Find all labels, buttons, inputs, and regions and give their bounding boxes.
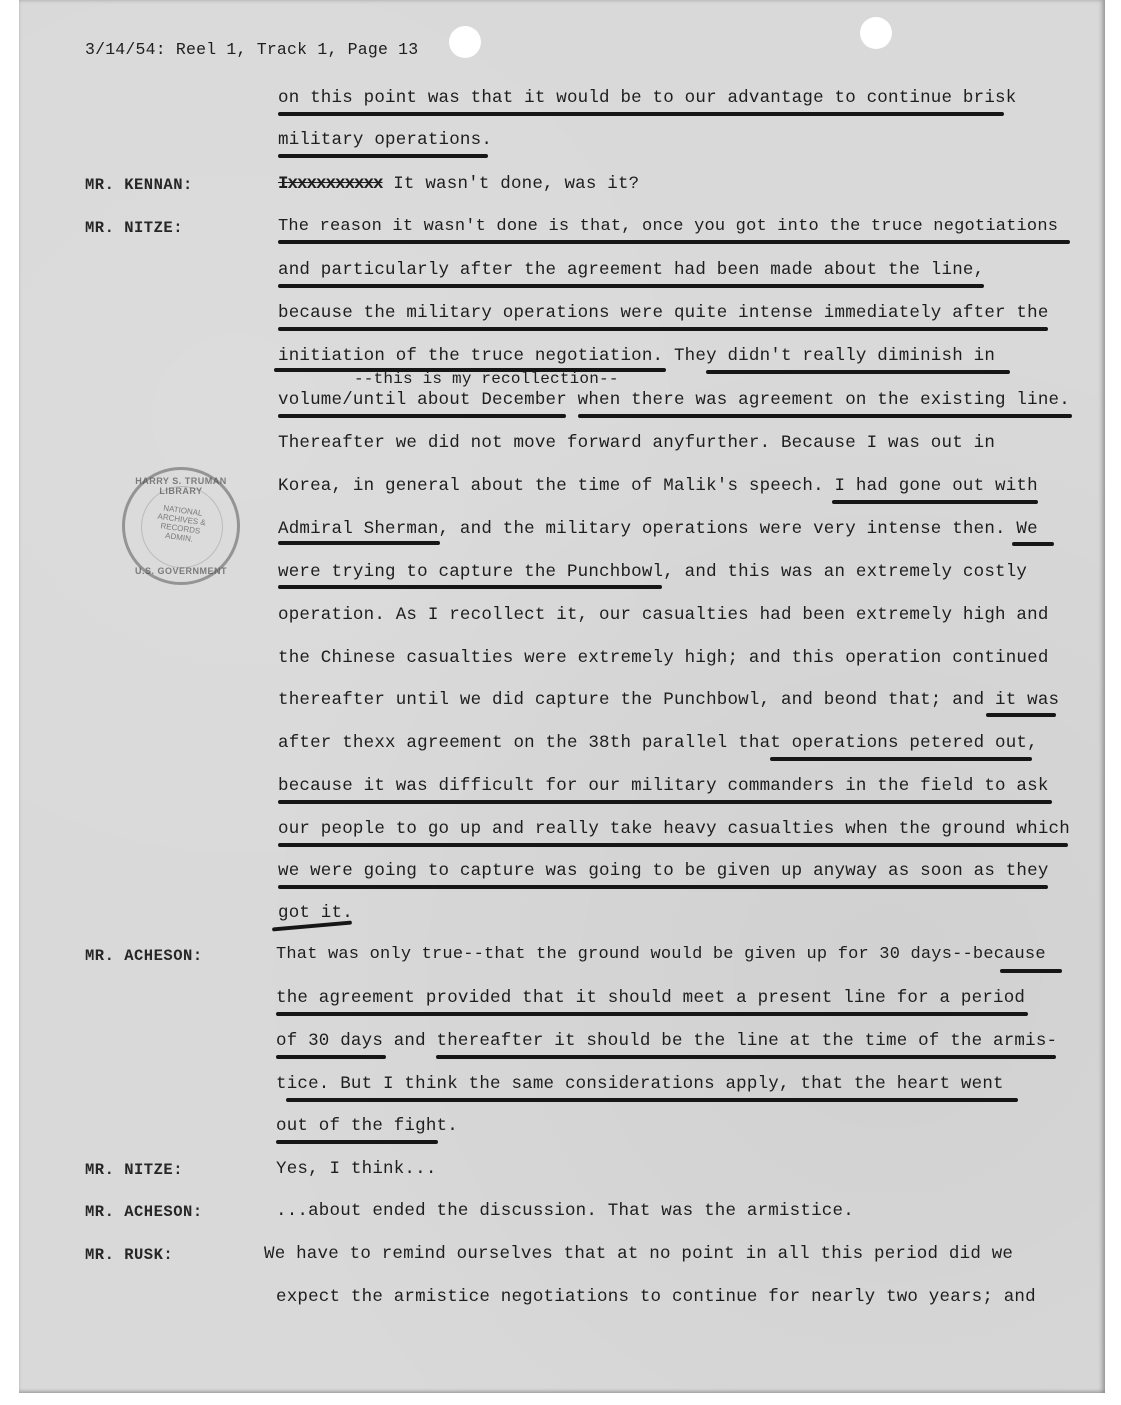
speaker-label: MR. ACHESON: <box>85 946 203 966</box>
handwritten-underline <box>276 1055 386 1059</box>
handwritten-underline <box>706 370 1010 374</box>
transcript-line: got it. <box>278 903 353 923</box>
archive-stamp: HARRY S. TRUMAN LIBRARY NATIONAL ARCHIVE… <box>122 467 240 585</box>
handwritten-underline <box>436 1055 1056 1059</box>
transcript-line: the agreement provided that it should me… <box>276 988 1025 1008</box>
handwritten-underline <box>278 154 488 158</box>
speaker-label: MR. ACHESON: <box>85 1202 203 1222</box>
speaker-label: MR. RUSK: <box>85 1245 173 1265</box>
handwritten-underline <box>278 885 1048 889</box>
handwritten-underline <box>286 1098 1018 1102</box>
stamp-ring-top-text: HARRY S. TRUMAN LIBRARY <box>125 476 237 496</box>
speaker-label: MR. KENNAN: <box>85 175 193 195</box>
handwritten-underline <box>278 112 1004 116</box>
handwritten-underline <box>278 843 1068 847</box>
handwritten-underline <box>276 1140 438 1144</box>
handwritten-underline <box>278 585 662 589</box>
stamp-ring-bottom-text: U.S. GOVERNMENT <box>125 566 237 576</box>
handwritten-insertion: --this is my recollection-- <box>354 369 619 389</box>
speaker-label: MR. NITZE: <box>85 1160 183 1180</box>
transcript-line: and particularly after the agreement had… <box>278 260 984 280</box>
transcript-line: our people to go up and really take heav… <box>278 819 1070 839</box>
transcript-line: after thexx agreement on the 38th parall… <box>278 733 1038 753</box>
handwritten-underline <box>278 414 566 418</box>
struck-out-text: Ixxxxxxxxxx <box>278 174 383 194</box>
transcript-line: thereafter until we did capture the Punc… <box>278 690 1059 710</box>
transcript-line: were trying to capture the Punchbowl, an… <box>278 562 1027 582</box>
transcript-line: volume/until about December when there w… <box>278 390 1070 410</box>
transcript-line: That was only true--that the ground woul… <box>276 945 1046 965</box>
transcript-line: Admiral Sherman, and the military operat… <box>278 519 1038 539</box>
transcript-line: out of the fight. <box>276 1116 458 1136</box>
transcript-line: expect the armistice negotiations to con… <box>276 1287 1036 1307</box>
handwritten-underline <box>770 757 1032 761</box>
transcript-line: Ixxxxxxxxxx It wasn't done, was it? <box>278 174 639 194</box>
transcript-line: on this point was that it would be to ou… <box>278 88 1016 108</box>
transcript-line: The reason it wasn't done is that, once … <box>278 217 1058 237</box>
handwritten-underline <box>278 800 1052 804</box>
page-header: 3/14/54: Reel 1, Track 1, Page 13 <box>85 40 418 60</box>
transcript-line: operation. As I recollect it, our casual… <box>278 605 1049 625</box>
transcript-line: Korea, in general about the time of Mali… <box>278 476 1038 496</box>
transcript-line: we were going to capture was going to be… <box>278 861 1049 881</box>
transcript-line: the Chinese casualties were extremely hi… <box>278 648 1049 668</box>
punch-hole-right <box>860 17 892 49</box>
transcript-line: of 30 days and thereafter it should be t… <box>276 1031 1057 1051</box>
handwritten-underline <box>278 327 1048 331</box>
handwritten-underline <box>278 240 1070 244</box>
speaker-label: MR. NITZE: <box>85 218 183 238</box>
handwritten-underline <box>276 1012 1028 1016</box>
handwritten-underline <box>832 500 1038 504</box>
transcript-line: Yes, I think... <box>276 1159 437 1179</box>
transcript-line: because it was difficult for our militar… <box>278 776 1049 796</box>
transcript-line: initiation of the truce negotiation. The… <box>278 346 995 366</box>
transcript-line: because the military operations were qui… <box>278 303 1049 323</box>
punch-hole-left <box>449 26 481 58</box>
transcript-line: tice. But I think the same consideration… <box>276 1074 1004 1094</box>
transcript-line: Thereafter we did not move forward anyfu… <box>278 433 995 453</box>
transcript-line: military operations. <box>278 130 492 150</box>
transcript-line: ...about ended the discussion. That was … <box>276 1201 854 1221</box>
handwritten-underline <box>278 284 984 288</box>
handwritten-underline <box>278 541 440 545</box>
handwritten-underline <box>1012 542 1054 546</box>
handwritten-underline <box>986 713 1056 717</box>
transcript-line: We have to remind ourselves that at no p… <box>264 1244 1013 1264</box>
handwritten-underline <box>578 414 1072 418</box>
handwritten-underline <box>1000 969 1062 973</box>
